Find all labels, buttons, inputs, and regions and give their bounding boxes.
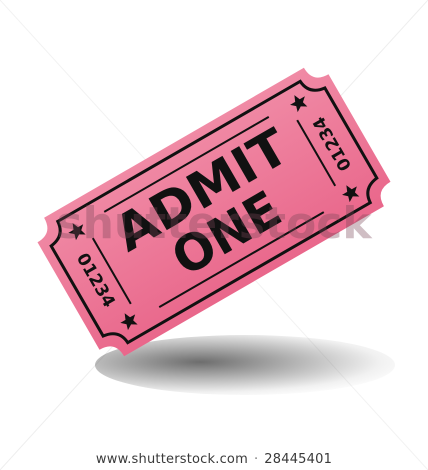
illustration-canvas: 01234 01234 ADMIT ONE shutterstock www.s… — [0, 0, 428, 470]
admit-one-ticket: 01234 01234 ADMIT ONE shutterstock — [0, 0, 428, 470]
caption-separator: · — [254, 452, 258, 467]
caption-image-id: 28445401 — [264, 452, 332, 467]
watermark-caption: www.shutterstock.com·28445401 — [0, 452, 428, 467]
watermark-overlay: shutterstock — [56, 198, 373, 249]
caption-site: www.shutterstock.com — [96, 452, 248, 467]
